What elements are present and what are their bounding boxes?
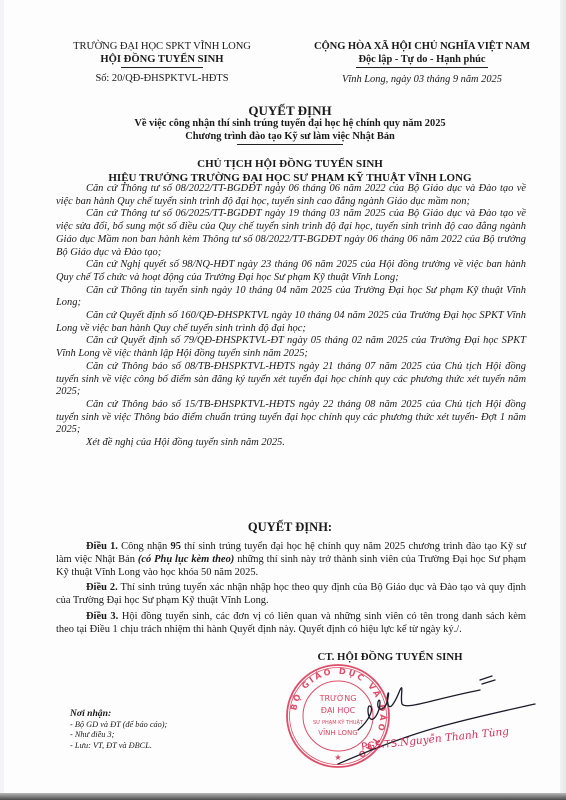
recipients-heading: Nơi nhận: <box>70 708 270 720</box>
document-title: QUYẾT ĐỊNH <box>60 103 520 118</box>
issuer-underline <box>121 67 203 68</box>
document-number: Số: 20/QĐ-ĐHSPKTVL-HĐTS <box>58 72 266 85</box>
article-3-label: Điều 3. <box>86 611 118 622</box>
scan-edge-left <box>0 0 4 800</box>
document-title-block: QUYẾT ĐỊNH Về việc công nhận thí sinh tr… <box>60 103 520 145</box>
national-title: CỘNG HÒA XÃ HỘI CHỦ NGHĨA VIỆT NAM <box>294 40 550 53</box>
article-1-text: Công nhận <box>118 541 171 552</box>
authority-line-1: CHỦ TỊCH HỘI ĐỒNG TUYỂN SINH <box>50 158 530 172</box>
legal-basis-item: Căn cứ Quyết định số 79/QĐ-ĐHSPKTVL-ĐT n… <box>56 335 526 360</box>
document-page: TRƯỜNG ĐẠI HỌC SPKT VĨNH LONG HỘI ĐỒNG T… <box>0 0 566 800</box>
legal-basis-item: Xét đề nghị của Hội đồng tuyển sinh năm … <box>56 437 526 450</box>
recipient-item: Bộ GD và ĐT (để báo cáo); <box>70 720 270 730</box>
article-2-label: Điều 2. <box>86 582 118 593</box>
recipients-list: Bộ GD và ĐT (để báo cáo); Như điều 3; Lư… <box>70 720 270 751</box>
article-2-text: Thí sinh trúng tuyển xác nhận nhập học t… <box>56 582 526 606</box>
motto-underline <box>356 67 488 68</box>
subject-underline <box>237 144 343 145</box>
scan-edge-right <box>560 0 566 800</box>
document-subject-line-2: Chương trình đào tạo Kỹ sư làm việc Nhật… <box>60 131 520 144</box>
decision-heading: QUYẾT ĐỊNH: <box>50 520 530 535</box>
article-1-label: Điều 1. <box>86 541 118 552</box>
issuer-header: TRƯỜNG ĐẠI HỌC SPKT VĨNH LONG HỘI ĐỒNG T… <box>58 40 266 85</box>
decision-articles: Điều 1. Công nhận 95 thí sinh trúng tuyể… <box>56 541 526 640</box>
scan-edge-bottom <box>0 793 566 800</box>
recipients-block: Nơi nhận: Bộ GD và ĐT (để báo cáo); Như … <box>70 708 270 751</box>
issuer-organization: TRƯỜNG ĐẠI HỌC SPKT VĨNH LONG <box>58 40 266 53</box>
place-date: Vĩnh Long, ngày 03 tháng 9 năm 2025 <box>294 73 550 86</box>
legal-basis-item: Căn cứ Thông tin tuyển sinh ngày 10 thán… <box>56 285 526 310</box>
article-1: Điều 1. Công nhận 95 thí sinh trúng tuyể… <box>56 541 526 579</box>
national-motto: Độc lập - Tự do - Hạnh phúc <box>294 53 550 66</box>
issuer-unit: HỘI ĐỒNG TUYỂN SINH <box>58 53 266 66</box>
recipient-item: Lưu: VT, ĐT và ĐBCL. <box>70 741 270 751</box>
national-header: CỘNG HÒA XÃ HỘI CHỦ NGHĨA VIỆT NAM Độc l… <box>294 40 550 86</box>
admitted-count: 95 <box>170 541 180 552</box>
document-subject-line-1: Về việc công nhận thí sinh trúng tuyển đ… <box>60 118 520 131</box>
article-3: Điều 3. Hội đồng tuyển sinh, các đơn vị … <box>56 611 526 637</box>
legal-basis-item: Căn cứ Thông báo số 08/TB-ĐHSPKTVL-HĐTS … <box>56 361 526 399</box>
recipient-item: Như điều 3; <box>70 730 270 740</box>
legal-basis-item: Căn cứ Thông tư số 08/2022/TT-BGDĐT ngày… <box>56 183 526 208</box>
legal-basis-item: Căn cứ Nghị quyết số 98/NQ-HĐT ngày 23 t… <box>56 259 526 284</box>
legal-basis-item: Căn cứ Thông báo số 15/TB-ĐHSPKTVL-HĐTS … <box>56 399 526 437</box>
authority-block: CHỦ TỊCH HỘI ĐỒNG TUYỂN SINH HIỆU TRƯỞNG… <box>50 158 530 185</box>
legal-bases: Căn cứ Thông tư số 08/2022/TT-BGDĐT ngày… <box>56 183 526 450</box>
article-3-text: Hội đồng tuyển sinh, các đơn vị có liên … <box>56 611 526 635</box>
appendix-note: (có Phụ lục kèm theo) <box>138 554 234 565</box>
legal-basis-item: Căn cứ Quyết định số 160/QĐ-ĐHSPKTVL ngà… <box>56 310 526 335</box>
handwritten-signature <box>330 672 540 772</box>
legal-basis-item: Căn cứ Thông tư số 06/2025/TT-BGDĐT ngày… <box>56 208 526 259</box>
article-2: Điều 2. Thí sinh trúng tuyển xác nhận nh… <box>56 582 526 608</box>
